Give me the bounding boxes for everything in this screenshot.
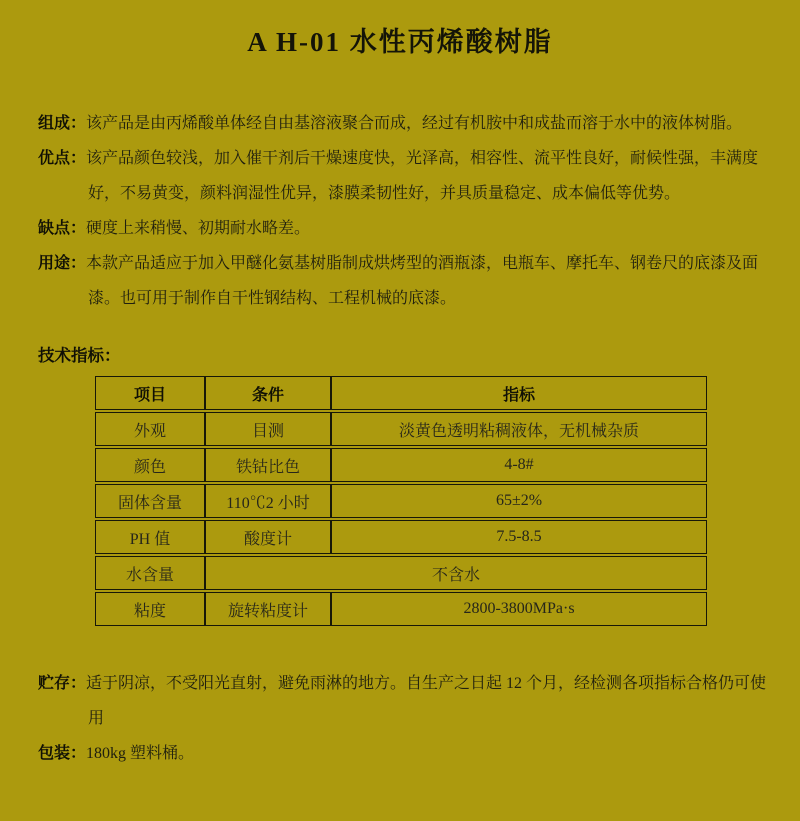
description-sections: 组成：该产品是由丙烯酸单体经自由基溶液聚合而成，经过有机胺中和成盐而溶于水中的液… <box>0 106 800 316</box>
table-header-row: 项目 条件 指标 <box>95 376 707 410</box>
cell-condition: 目测 <box>205 412 331 446</box>
table-row-color: 颜色 铁钴比色 4-8# <box>95 448 707 482</box>
cell-condition: 铁钴比色 <box>205 448 331 482</box>
section-storage-text: 适于阴凉，不受阳光直射，避免雨淋的地方。自生产之日起 12 个月，经检测各项指标… <box>86 675 766 727</box>
cell-item: PH 值 <box>95 520 205 554</box>
cell-condition: 110℃2 小时 <box>205 484 331 518</box>
table-row-appearance: 外观 目测 淡黄色透明粘稠液体，无机械杂质 <box>95 412 707 446</box>
table-row-water-content: 水含量 不含水 <box>95 556 707 590</box>
table-row-solid-content: 固体含量 110℃2 小时 65±2% <box>95 484 707 518</box>
table-row-ph: PH 值 酸度计 7.5-8.5 <box>95 520 707 554</box>
section-disadvantages-label: 缺点： <box>38 220 86 237</box>
cell-value: 2800-3800MPa·s <box>331 592 707 626</box>
cell-value: 淡黄色透明粘稠液体，无机械杂质 <box>331 412 707 446</box>
page-title: A H-01 水性丙烯酸树脂 <box>0 0 800 60</box>
section-packaging-label: 包装： <box>38 745 86 762</box>
page: { "colors": { "background": "#ac9a0e", "… <box>0 0 800 821</box>
section-packaging-text: 180kg 塑料桶。 <box>86 745 194 762</box>
section-advantages: 优点：该产品颜色较浅，加入催干剂后干燥速度快，光泽高，相容性、流平性良好，耐候性… <box>0 141 800 211</box>
section-composition-label: 组成： <box>38 115 86 132</box>
table-row-viscosity: 粘度 旋转粘度计 2800-3800MPa·s <box>95 592 707 626</box>
col-header-indicator: 指标 <box>331 376 707 410</box>
section-advantages-label: 优点： <box>38 150 86 167</box>
cell-item: 颜色 <box>95 448 205 482</box>
section-storage-label: 贮存： <box>38 675 86 692</box>
product-datasheet: A H-01 水性丙烯酸树脂 组成：该产品是由丙烯酸单体经自由基溶液聚合而成，经… <box>0 0 800 821</box>
footer-sections: 贮存：适于阴凉，不受阳光直射，避免雨淋的地方。自生产之日起 12 个月，经检测各… <box>0 666 800 771</box>
cell-item: 粘度 <box>95 592 205 626</box>
section-disadvantages: 缺点：硬度上来稍慢、初期耐水略差。 <box>0 211 800 246</box>
section-advantages-text: 该产品颜色较浅，加入催干剂后干燥速度快，光泽高，相容性、流平性良好，耐候性强，丰… <box>86 150 758 202</box>
col-header-condition: 条件 <box>205 376 331 410</box>
cell-condition: 旋转粘度计 <box>205 592 331 626</box>
section-uses-label: 用途： <box>38 255 86 272</box>
section-disadvantages-text: 硬度上来稍慢、初期耐水略差。 <box>86 220 310 237</box>
section-storage: 贮存：适于阴凉，不受阳光直射，避免雨淋的地方。自生产之日起 12 个月，经检测各… <box>0 666 800 736</box>
cell-item: 水含量 <box>95 556 205 590</box>
spec-heading: 技术指标： <box>38 346 800 366</box>
cell-value: 4-8# <box>331 448 707 482</box>
cell-condition: 酸度计 <box>205 520 331 554</box>
cell-item: 固体含量 <box>95 484 205 518</box>
spec-table: 项目 条件 指标 外观 目测 淡黄色透明粘稠液体，无机械杂质 颜色 铁钴比色 4… <box>95 374 707 628</box>
section-uses: 用途：本款产品适应于加入甲醚化氨基树脂制成烘烤型的酒瓶漆，电瓶车、摩托车、钢卷尺… <box>0 246 800 316</box>
cell-value: 7.5-8.5 <box>331 520 707 554</box>
cell-value-merged: 不含水 <box>205 556 707 590</box>
cell-value: 65±2% <box>331 484 707 518</box>
section-composition-text: 该产品是由丙烯酸单体经自由基溶液聚合而成，经过有机胺中和成盐而溶于水中的液体树脂… <box>86 115 742 132</box>
cell-item: 外观 <box>95 412 205 446</box>
section-packaging: 包装：180kg 塑料桶。 <box>0 736 800 771</box>
section-uses-text: 本款产品适应于加入甲醚化氨基树脂制成烘烤型的酒瓶漆，电瓶车、摩托车、钢卷尺的底漆… <box>86 255 758 307</box>
section-composition: 组成：该产品是由丙烯酸单体经自由基溶液聚合而成，经过有机胺中和成盐而溶于水中的液… <box>0 106 800 141</box>
col-header-item: 项目 <box>95 376 205 410</box>
